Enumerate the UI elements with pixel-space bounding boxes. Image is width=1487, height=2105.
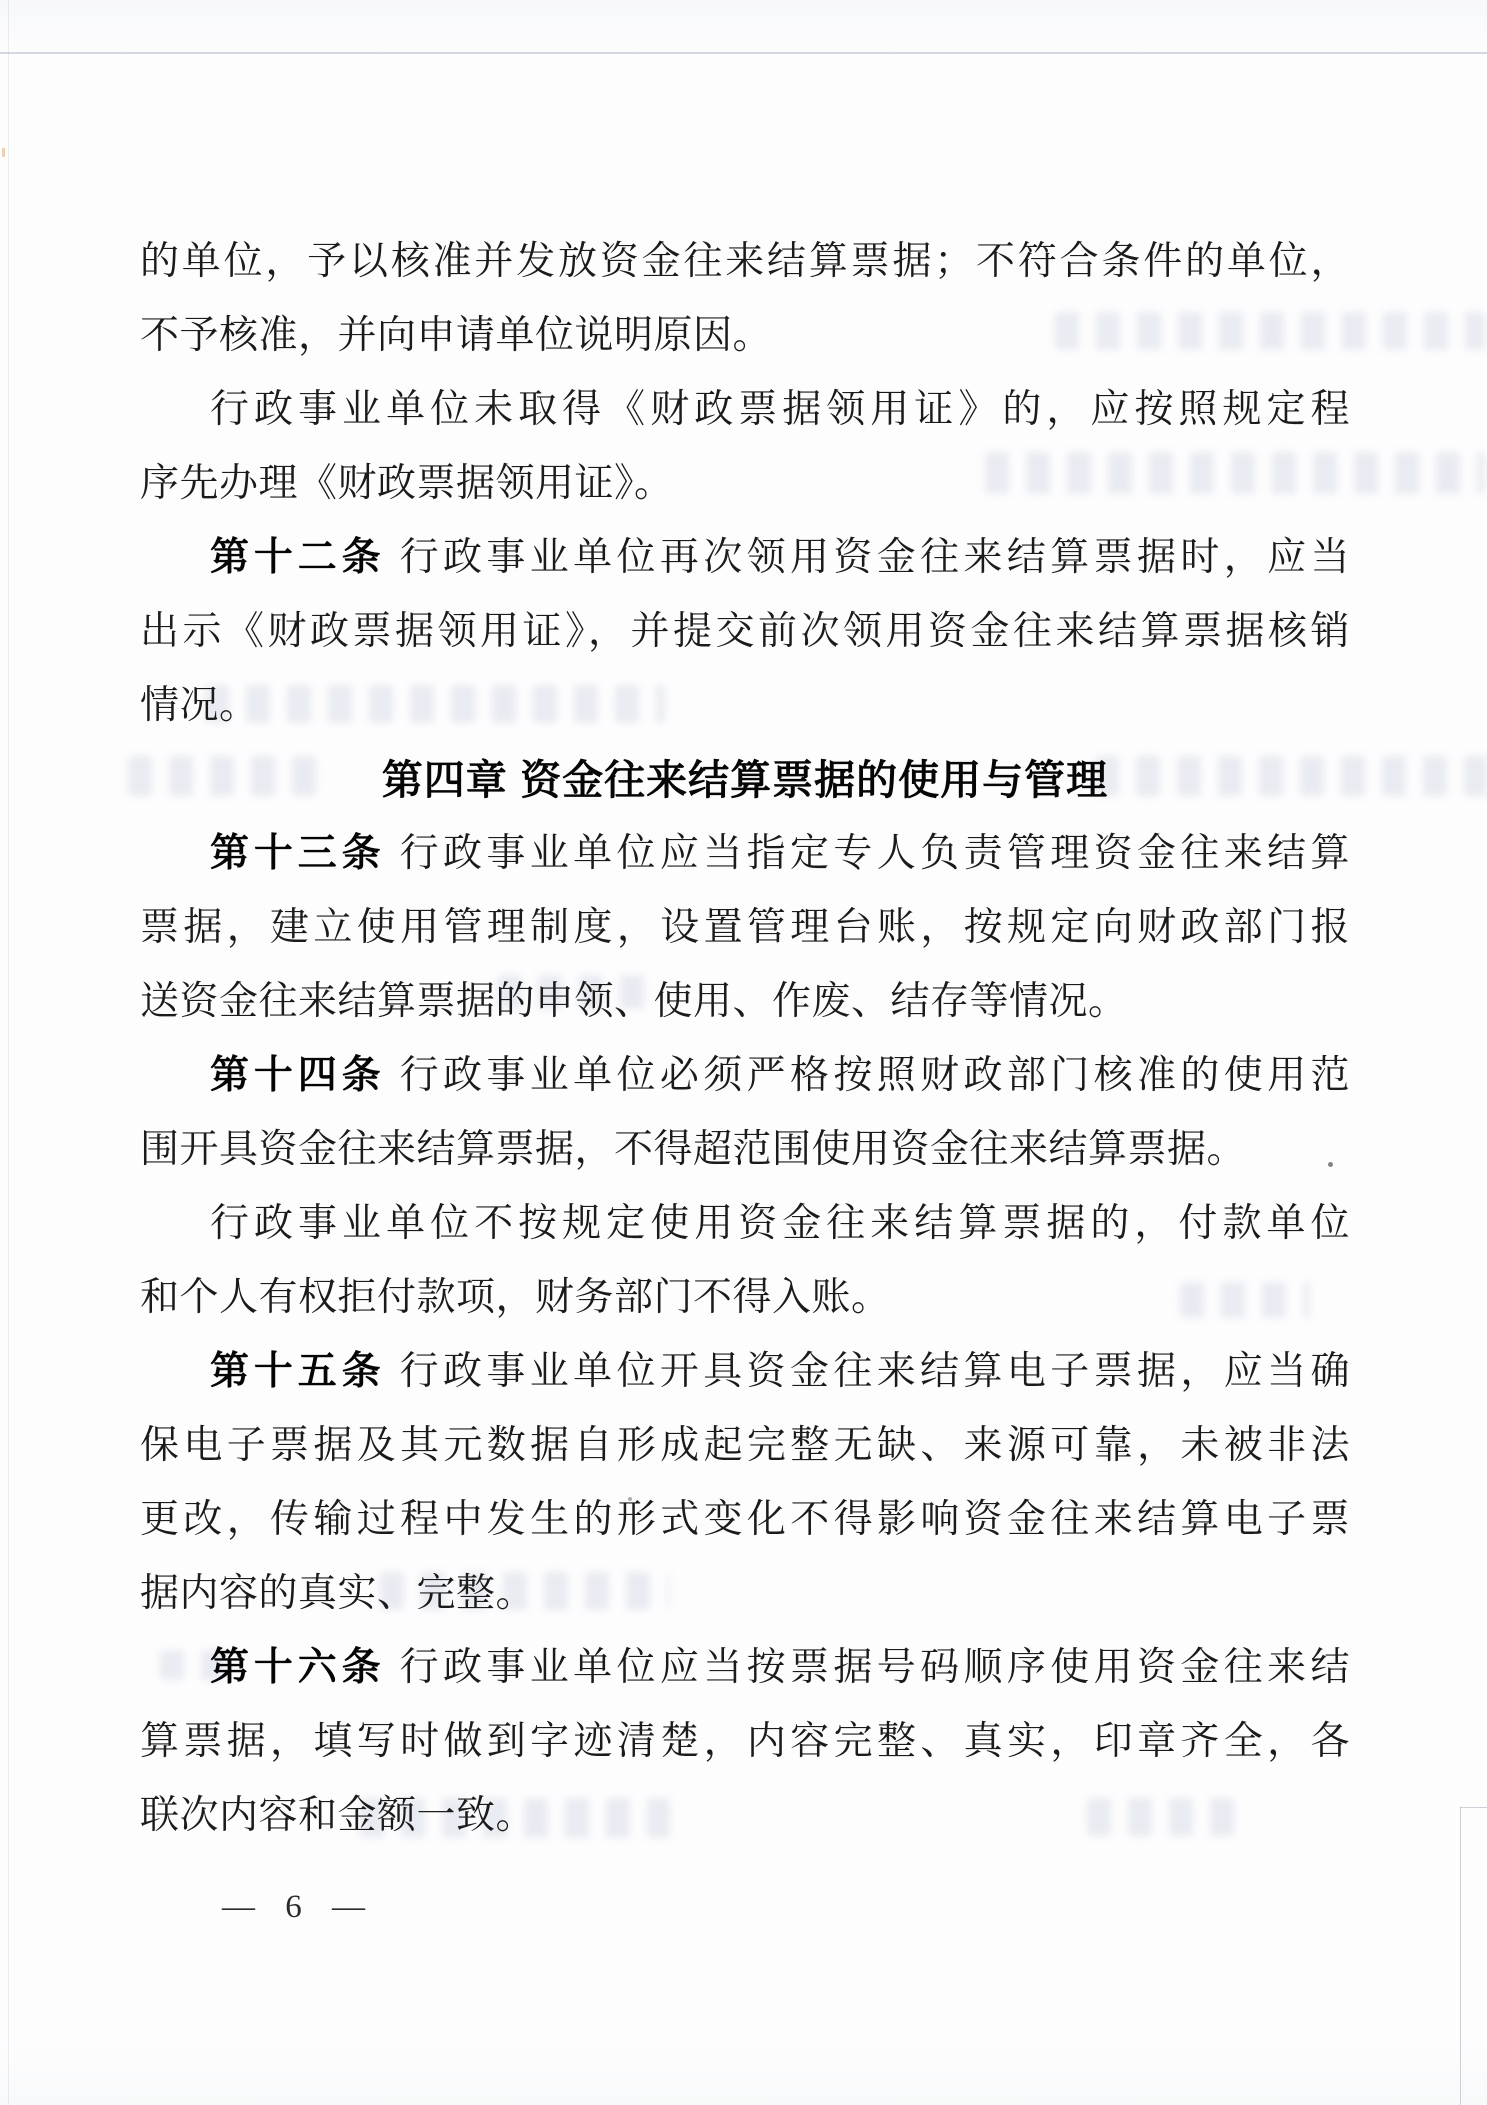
text-line: 第十三条 行政事业单位应当指定专人负责管理资金往来结算 xyxy=(140,817,1350,891)
scan-edge-top-line xyxy=(0,52,1487,54)
article-number: 第十四条 xyxy=(210,1054,386,1097)
page-number: — 6 — xyxy=(222,1889,368,1926)
text-line: 第十六条 行政事业单位应当按票据号码顺序使用资金往来结 xyxy=(140,1631,1350,1705)
text-line: 的单位，予以核准并发放资金往来结算票据；不符合条件的单位， xyxy=(140,225,1350,299)
text-line: 情况。 xyxy=(140,669,1350,743)
scan-edge-left-line xyxy=(8,0,9,2105)
text-line: 保电子票据及其元数据自形成起完整无缺、来源可靠，未被非法 xyxy=(140,1409,1350,1483)
text-line: 算票据，填写时做到字迹清楚，内容完整、真实，印章齐全，各 xyxy=(140,1705,1350,1779)
text-line: 和个人有权拒付款项，财务部门不得入账。 xyxy=(140,1261,1350,1335)
text-line: 票据，建立使用管理制度，设置管理台账，按规定向财政部门报 xyxy=(140,891,1350,965)
article-number: 第十三条 xyxy=(210,832,386,875)
text-line: 行政事业单位不按规定使用资金往来结算票据的，付款单位 xyxy=(140,1187,1350,1261)
article-number: 第十五条 xyxy=(210,1350,386,1393)
scan-edge-right-line xyxy=(1460,1807,1461,2105)
text-line: 行政事业单位未取得《财政票据领用证》的，应按照规定程 xyxy=(140,373,1350,447)
text-line: 序先办理《财政票据领用证》。 xyxy=(140,447,1350,521)
text-line: 不予核准，并向申请单位说明原因。 xyxy=(140,299,1350,373)
article-number: 第十六条 xyxy=(210,1646,386,1689)
text-line: 第十五条 行政事业单位开具资金往来结算电子票据，应当确 xyxy=(140,1335,1350,1409)
text-block: 的单位，予以核准并发放资金往来结算票据；不符合条件的单位，不予核准，并向申请单位… xyxy=(140,225,1350,1853)
text-line: 更改，传输过程中发生的形式变化不得影响资金往来结算电子票 xyxy=(140,1483,1350,1557)
text-line: 据内容的真实、完整。 xyxy=(140,1557,1350,1631)
text-line: 送资金往来结算票据的申领、使用、作废、结存等情况。 xyxy=(140,965,1350,1039)
text-line: 围开具资金往来结算票据，不得超范围使用资金往来结算票据。 xyxy=(140,1113,1350,1187)
text-line: 第十四条 行政事业单位必须严格按照财政部门核准的使用范 xyxy=(140,1039,1350,1113)
scan-edge-right-tick xyxy=(1460,1807,1487,1808)
article-number: 第十二条 xyxy=(210,536,386,579)
text-line: 出示《财政票据领用证》，并提交前次领用资金往来结算票据核销 xyxy=(140,595,1350,669)
chapter-heading: 第四章 资金往来结算票据的使用与管理 xyxy=(140,743,1350,817)
text-line: 联次内容和金额一致。 xyxy=(140,1779,1350,1853)
scan-edge-orange-tick xyxy=(2,148,5,157)
text-line: 第十二条 行政事业单位再次领用资金往来结算票据时，应当 xyxy=(140,521,1350,595)
